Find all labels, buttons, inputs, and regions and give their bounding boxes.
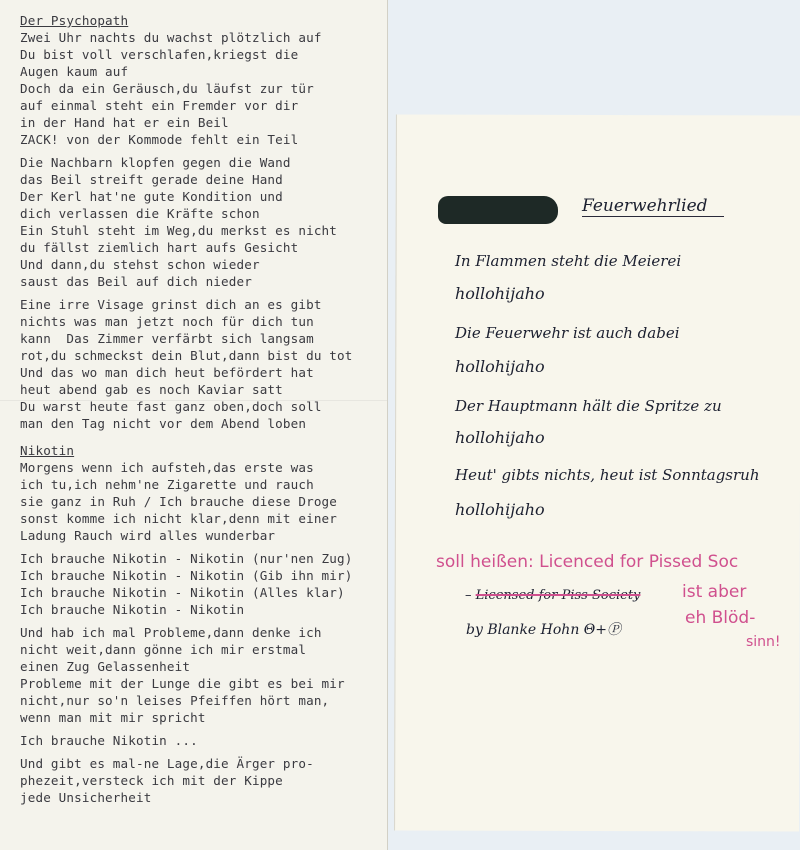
lyric-line: saust das Beil auf dich nieder [20,273,352,290]
struck-text: Licensed for Piss Society [476,588,641,603]
lyric-line: sonst komme ich nicht klar,denn mit eine… [20,510,352,527]
song-title: Der Psychopath [20,12,352,29]
lyric-line: Augen kaum auf [20,63,352,80]
lyric-line: in der Hand hat er ein Beil [20,114,352,131]
lyric-line: du fällst ziemlich hart aufs Gesicht [20,239,352,256]
lyric-line: Morgens wenn ich aufsteh,das erste was [20,459,352,476]
struck-through-line: – Licensed for Piss Society [465,588,640,603]
lyric-line: einen Zug Gelassenheit [20,658,352,675]
lyric-line: Du bist voll verschlafen,kriegst die [20,46,352,63]
lyric-line: man den Tag nicht vor dem Abend loben [20,415,352,432]
lyric-line: Und dann,du stehst schon wieder [20,256,352,273]
typed-lyrics-sheet: Der PsychopathZwei Uhr nachts du wachst … [0,0,388,850]
pink-remark-1: ist aber [682,582,746,602]
byline: by Blanke Hohn Θ+Ⓟ [466,619,621,639]
lyric-line: Ich brauche Nikotin - Nikotin (Gib ihn m… [20,567,352,584]
handwritten-line: Die Feuerwehr ist auch dabei [455,324,680,342]
lyric-line: kann Das Zimmer verfärbt sich langsam [20,330,352,347]
lyric-line: ZACK! von der Kommode fehlt ein Teil [20,131,352,148]
redacted-band-name [438,196,558,224]
lyric-line: Ladung Rauch wird alles wunderbar [20,527,352,544]
lyric-line: Und hab ich mal Probleme,dann denke ich [20,624,352,641]
handwritten-line: hollohijaho [455,500,545,519]
lyric-line: Die Nachbarn klopfen gegen die Wand [20,154,352,171]
pink-remark-3: sinn! [746,634,781,650]
lyric-line: Probleme mit der Lunge die gibt es bei m… [20,675,352,692]
handwritten-line: hollohijaho [455,428,545,447]
handwritten-line: In Flammen steht die Meierei [455,252,681,270]
lyric-line: nicht,nur so'n leises Pfeiffen hört man, [20,692,352,709]
lyric-line: Ich brauche Nikotin ... [20,732,352,749]
typed-lyrics: Der PsychopathZwei Uhr nachts du wachst … [20,12,352,806]
lyric-line: phezeit,versteck ich mit der Kippe [20,772,352,789]
lyric-line: nichts was man jetzt noch für dich tun [20,313,352,330]
lyric-line: Ich brauche Nikotin - Nikotin (Alles kla… [20,584,352,601]
lyric-line: dich verlassen die Kräfte schon [20,205,352,222]
lyric-line: Und gibt es mal-ne Lage,die Ärger pro- [20,755,352,772]
handwritten-line: Der Hauptmann hält die Spritze zu [455,397,722,415]
lyric-line: sie ganz in Ruh / Ich brauche diese Drog… [20,493,352,510]
lyric-line: jede Unsicherheit [20,789,352,806]
lyric-line: wenn man mit mir spricht [20,709,352,726]
handwritten-line: hollohijaho [455,284,545,303]
lyric-line: das Beil streift gerade deine Hand [20,171,352,188]
lyric-line: nicht weit,dann gönne ich mir erstmal [20,641,352,658]
lyric-line: rot,du schmeckst dein Blut,dann bist du … [20,347,352,364]
lyric-line: auf einmal steht ein Fremder vor dir [20,97,352,114]
lyric-line: Der Kerl hat'ne gute Kondition und [20,188,352,205]
lyric-line: Zwei Uhr nachts du wachst plötzlich auf [20,29,352,46]
lyric-line: Doch da ein Geräusch,du läufst zur tür [20,80,352,97]
lyric-line: Ich brauche Nikotin - Nikotin [20,601,352,618]
lyric-line: Ich brauche Nikotin - Nikotin (nur'nen Z… [20,550,352,567]
lyric-line: ich tu,ich nehm'ne Zigarette und rauch [20,476,352,493]
lyric-line: Ein Stuhl steht im Weg,du merkst es nich… [20,222,352,239]
lyric-line: Eine irre Visage grinst dich an es gibt [20,296,352,313]
handwritten-line: hollohijaho [455,357,545,376]
pink-correction-note: soll heißen: Licenced for Pissed Soc [436,552,738,572]
handwritten-line: Heut' gibts nichts, heut ist Sonntagsruh [455,466,760,484]
handwritten-song-title: Feuerwehrlied [582,196,724,217]
song-title: Nikotin [20,442,352,459]
lyric-line: Und das wo man dich heut befördert hat [20,364,352,381]
lyric-line: heut abend gab es noch Kaviar satt [20,381,352,398]
pink-remark-2: eh Blöd- [685,608,755,628]
lyric-line: Du warst heute fast ganz oben,doch soll [20,398,352,415]
